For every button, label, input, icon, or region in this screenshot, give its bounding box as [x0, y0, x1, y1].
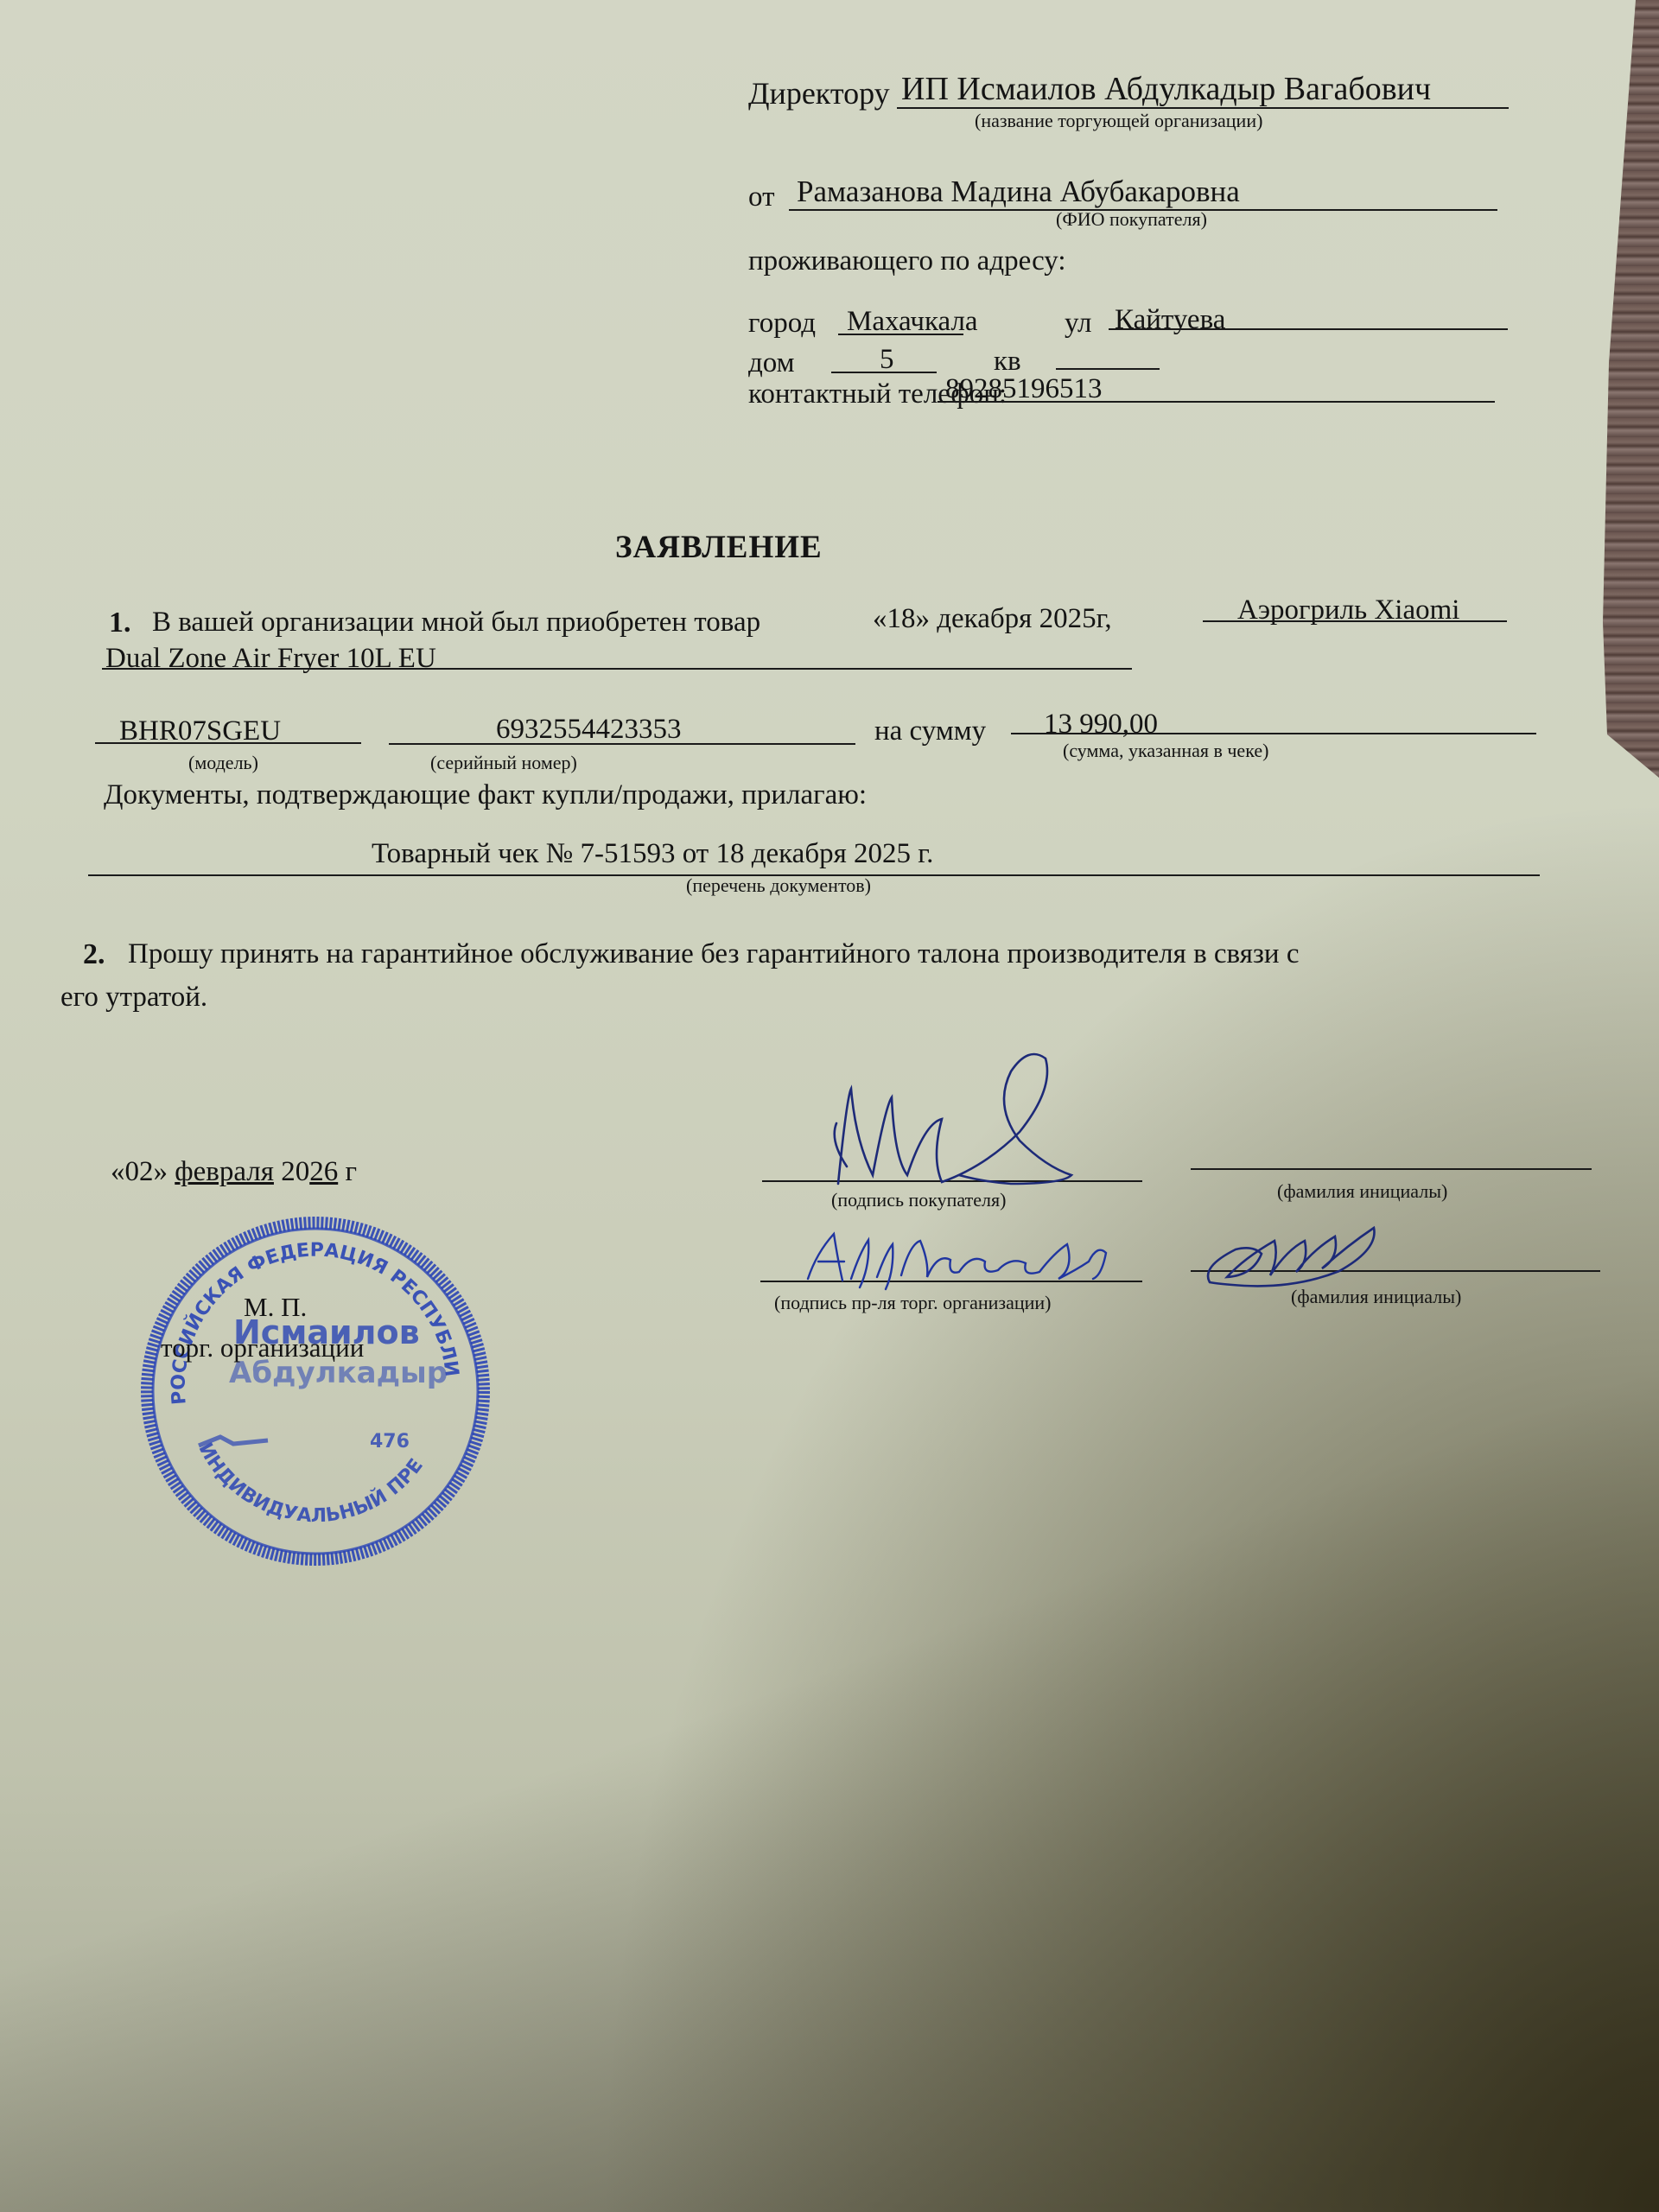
docs-value: Товарный чек № 7-51593 от 18 декабря 202…: [372, 840, 933, 868]
seller-initials-signature: [1192, 1215, 1408, 1293]
serial-caption: (серийный номер): [430, 753, 577, 772]
date-g: г: [345, 1156, 357, 1187]
director-caption: (название торгующей организации): [975, 111, 1262, 130]
date-day: «02»: [111, 1156, 168, 1187]
docs-caption: (перечень документов): [686, 876, 871, 895]
stamp-label-org: торг. организации: [161, 1334, 364, 1361]
organization-stamp: РОССИЙСКАЯ ФЕДЕРАЦИЯ РЕСПУБЛИКА ДАГЕСТАН…: [138, 1214, 493, 1568]
docs-label: Документы, подтверждающие факт купли/про…: [104, 781, 867, 810]
section2-text-line2: его утратой.: [60, 983, 207, 1012]
date-year-prefix: 20: [281, 1156, 309, 1187]
seller-signature: [799, 1218, 1162, 1296]
city-underline: [838, 334, 963, 335]
house-value: 5: [880, 346, 894, 374]
phone-value: 89285196513: [945, 375, 1103, 404]
director-underline: [897, 107, 1509, 109]
serial-underline: [389, 743, 855, 745]
city-label: город: [748, 309, 816, 338]
serial-value: 6932554423353: [496, 715, 682, 744]
house-underline: [831, 372, 937, 373]
director-label: Директору: [748, 78, 890, 109]
section2-number: 2.: [83, 938, 105, 971]
section1-date: «18» декабря 2025г,: [873, 605, 1112, 633]
product-line2-underline: [102, 668, 1132, 670]
buyer-name-line: [1191, 1168, 1592, 1170]
stamp-number: 476: [370, 1431, 410, 1452]
buyer-name-caption: (фамилия инициалы): [1277, 1182, 1447, 1201]
from-caption: (ФИО покупателя): [1056, 210, 1207, 229]
sum-label: на сумму: [874, 717, 986, 746]
house-label: дом: [748, 349, 795, 378]
from-value: Рамазанова Мадина Абубакаровна: [797, 176, 1240, 207]
seller-signature-caption: (подпись пр-ля торг. организации): [774, 1294, 1052, 1313]
signing-date: «02» февраля 2026 г: [111, 1158, 357, 1186]
address-label: проживающего по адресу:: [748, 247, 1066, 276]
street-underline: [1109, 328, 1508, 330]
date-year-suffix: 26: [309, 1156, 338, 1187]
director-value: ИП Исмаилов Абдулкадыр Вагабович: [901, 73, 1431, 105]
street-value: Кайтуева: [1115, 306, 1225, 334]
phone-underline: [938, 401, 1495, 403]
product-line1-underline: [1203, 620, 1507, 622]
section2-text-line1: Прошу принять на гарантийное обслуживани…: [128, 940, 1299, 969]
date-month: февраля: [175, 1156, 274, 1187]
buyer-signature: [812, 1037, 1158, 1210]
model-underline: [95, 742, 361, 744]
stamp-label-mp: М. П.: [244, 1294, 307, 1320]
sum-underline: [1011, 733, 1536, 734]
document-title: ЗАЯВЛЕНИЕ: [615, 529, 823, 566]
section1-number: 1.: [109, 607, 131, 639]
street-label: ул: [1065, 309, 1092, 338]
section1-text: В вашей организации мной был приобретен …: [152, 608, 760, 637]
model-caption: (модель): [188, 753, 258, 772]
city-value: Махачкала: [847, 308, 978, 336]
from-label: от: [748, 183, 775, 212]
sum-value: 13 990,00: [1044, 710, 1158, 739]
sum-caption: (сумма, указанная в чеке): [1063, 741, 1268, 760]
apt-label: кв: [994, 347, 1021, 376]
apt-underline: [1056, 368, 1160, 370]
